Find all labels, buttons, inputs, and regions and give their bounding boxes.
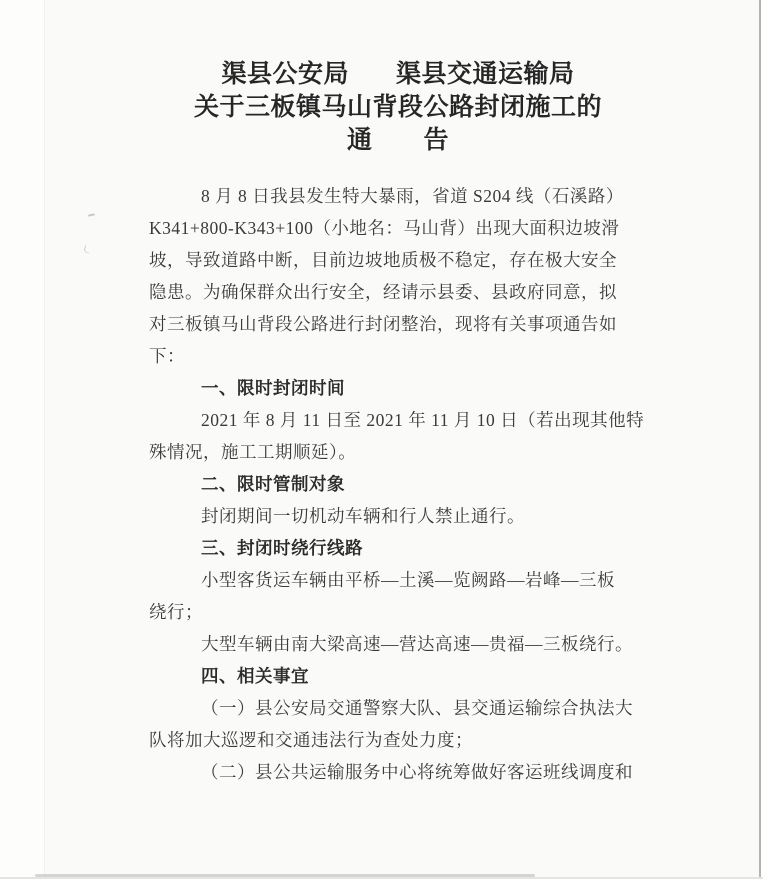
document-line: 小型客货运车辆由平桥—土溪—览阙路—岩峰—三板 (149, 564, 607, 596)
document-line: 大型车辆由南大梁高速—营达高速—贵福—三板绕行。 (149, 628, 607, 660)
document-content: 渠县公安局 渠县交通运输局 关于三板镇马山背段公路封闭施工的 通 告 8 月 8… (149, 58, 607, 788)
scan-speckle (88, 213, 95, 216)
section-heading: 四、相关事宜 (149, 660, 607, 692)
document-line: （一）县公安局交通警察大队、县交通运输综合执法大 (149, 692, 607, 724)
document-line: K341+800-K343+100（小地名：马山背）出现大面积边坡滑 (149, 212, 607, 244)
document-line: 封闭期间一切机动车辆和行人禁止通行。 (149, 500, 607, 532)
document-line: 绕行； (149, 596, 607, 628)
document-title: 渠县公安局 渠县交通运输局 关于三板镇马山背段公路封闭施工的 通 告 (169, 58, 627, 157)
section-heading: 三、封闭时绕行线路 (149, 532, 607, 564)
scanned-notice-page: 渠县公安局 渠县交通运输局 关于三板镇马山背段公路封闭施工的 通 告 8 月 8… (0, 0, 763, 879)
scan-left-margin (0, 0, 45, 879)
section-heading: 一、限时封闭时间 (149, 372, 607, 404)
title-subject: 关于三板镇马山背段公路封闭施工的 (169, 91, 627, 124)
document-line: 8 月 8 日我县发生特大暴雨，省道 S204 线（石溪路） (149, 180, 607, 212)
title-org-2: 渠县交通运输局 (396, 58, 575, 91)
title-doc-type: 通 告 (169, 124, 627, 157)
document-line: 隐患。为确保群众出行安全，经请示县委、县政府同意，拟 (149, 276, 607, 308)
document-line: 殊情况，施工工期顺延）。 (149, 436, 607, 468)
document-line: 下： (149, 340, 607, 372)
title-org-line: 渠县公安局 渠县交通运输局 (169, 58, 627, 91)
document-line: 2021 年 8 月 11 日至 2021 年 11 月 10 日（若出现其他特 (149, 404, 607, 436)
document-line: 对三板镇马山背段公路进行封闭整治，现将有关事项通告如 (149, 308, 607, 340)
document-body: 8 月 8 日我县发生特大暴雨，省道 S204 线（石溪路）K341+800-K… (149, 180, 607, 788)
document-line: 队将加大巡逻和交通违法行为查处力度； (149, 724, 607, 756)
scan-speckle (83, 245, 91, 254)
document-line: 坡，导致道路中断，目前边坡地质极不稳定，存在极大安全 (149, 244, 607, 276)
title-org-1: 渠县公安局 (221, 58, 349, 91)
section-heading: 二、限时管制对象 (149, 468, 607, 500)
document-line: （二）县公共运输服务中心将统筹做好客运班线调度和 (149, 756, 607, 788)
